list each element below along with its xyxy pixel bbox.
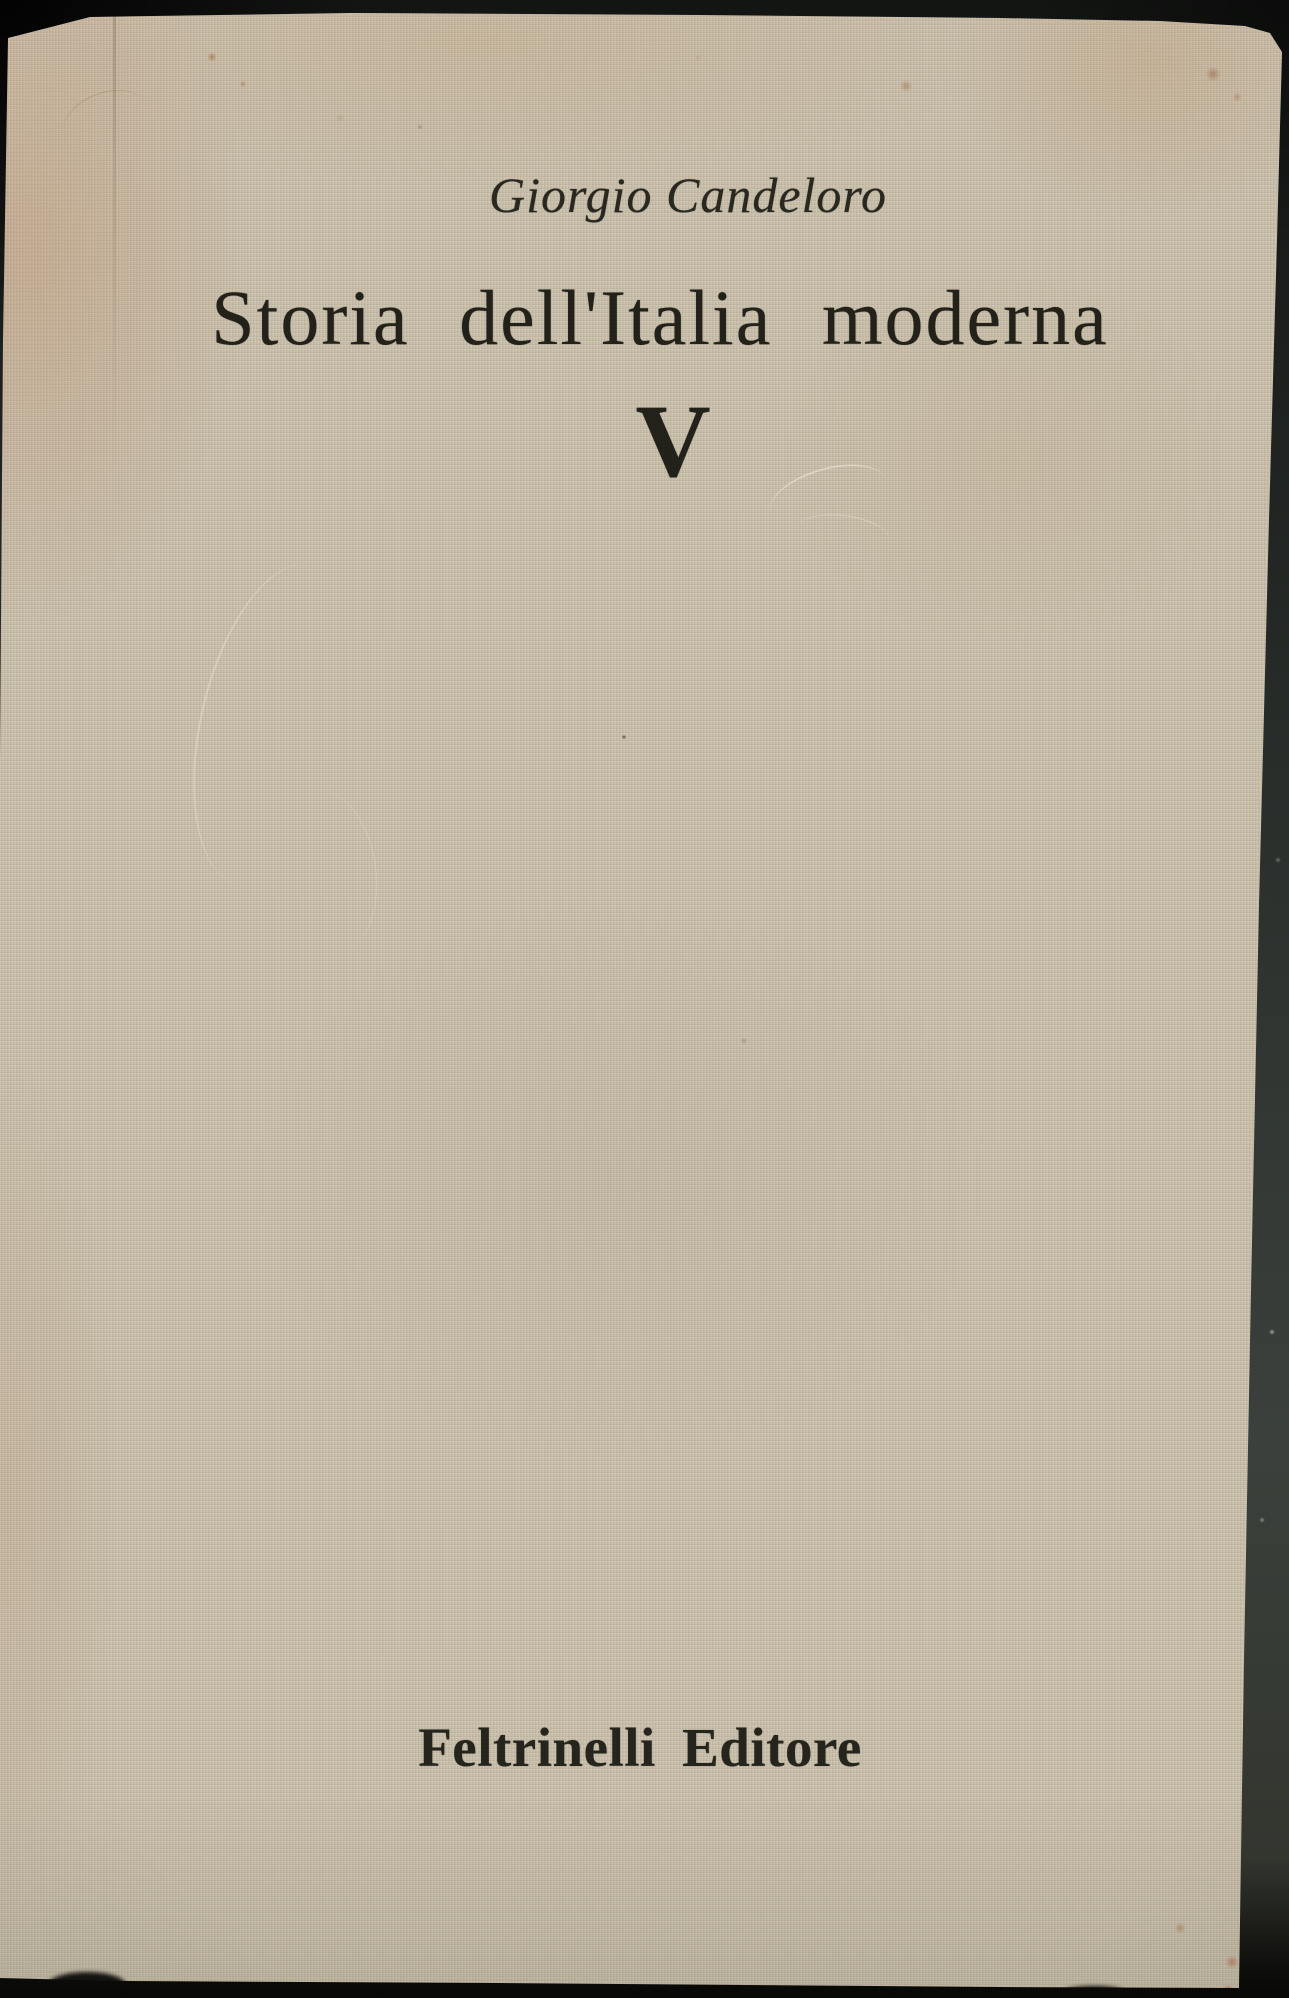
edge-shadow-blob <box>1062 1986 1126 1998</box>
edge-shadow-blob <box>48 1972 126 1998</box>
photo-backdrop: Giorgio Candeloro Storia dell'Italia mod… <box>0 0 1289 1998</box>
book-cover: Giorgio Candeloro Storia dell'Italia mod… <box>0 0 1289 1998</box>
book-author: Giorgio Candeloro <box>88 170 1288 220</box>
book-volume-numeral: V <box>58 390 1288 494</box>
book-publisher: Feltrinelli Editore <box>0 1720 1289 1775</box>
book-title: Storia dell'Italia moderna <box>30 279 1289 357</box>
